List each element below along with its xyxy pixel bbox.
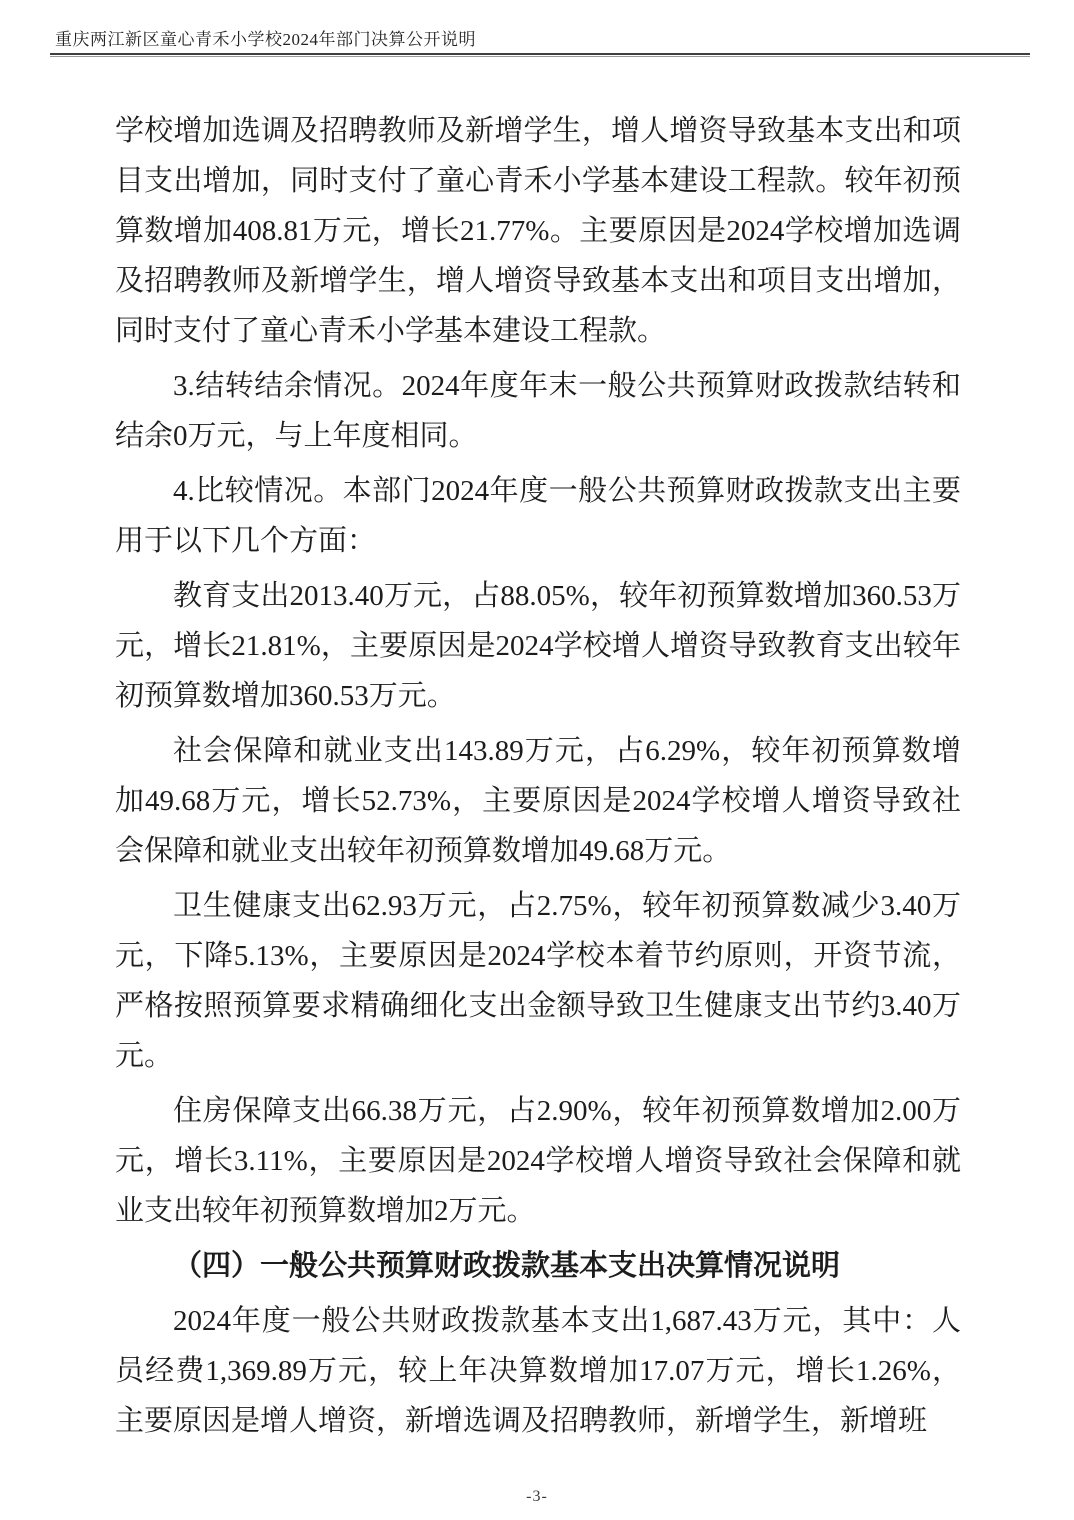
page-number: -3- bbox=[526, 1488, 548, 1505]
page-header: 重庆两江新区童心青禾小学校2024年部门决算公开说明 bbox=[50, 0, 1030, 57]
paragraph-health-expenditure: 卫生健康支出62.93万元，占2.75%，较年初预算数减少3.40万元，下降5.… bbox=[115, 881, 961, 1081]
paragraph-comparison-intro: 4.比较情况。本部门2024年度一般公共预算财政拨款支出主要用于以下几个方面： bbox=[115, 466, 961, 566]
paragraph-carryover-balance: 3.结转结余情况。2024年度年末一般公共预算财政拨款结转和结余0万元，与上年度… bbox=[115, 361, 961, 461]
paragraph-education-expenditure: 教育支出2013.40万元，占88.05%，较年初预算数增加360.53万元，增… bbox=[115, 571, 961, 721]
header-title: 重庆两江新区童心青禾小学校2024年部门决算公开说明 bbox=[55, 0, 1030, 49]
paragraph-housing-expenditure: 住房保障支出66.38万元，占2.90%，较年初预算数增加2.00万元，增长3.… bbox=[115, 1086, 961, 1236]
paragraph-social-security-expenditure: 社会保障和就业支出143.89万元，占6.29%，较年初预算数增加49.68万元… bbox=[115, 726, 961, 876]
section-heading-basic-expenditure: （四）一般公共预算财政拨款基本支出决算情况说明 bbox=[115, 1241, 961, 1291]
document-body: 学校增加选调及招聘教师及新增学生，增人增资导致基本支出和项目支出增加，同时支付了… bbox=[115, 106, 961, 1451]
page-footer: -3- bbox=[0, 1488, 1074, 1506]
paragraph-basic-expenditure-detail: 2024年度一般公共财政拨款基本支出1,687.43万元，其中：人员经费1,36… bbox=[115, 1296, 961, 1446]
document-page: 重庆两江新区童心青禾小学校2024年部门决算公开说明 学校增加选调及招聘教师及新… bbox=[0, 0, 1074, 1520]
header-rule bbox=[50, 53, 1030, 57]
paragraph-continued: 学校增加选调及招聘教师及新增学生，增人增资导致基本支出和项目支出增加，同时支付了… bbox=[115, 106, 961, 356]
